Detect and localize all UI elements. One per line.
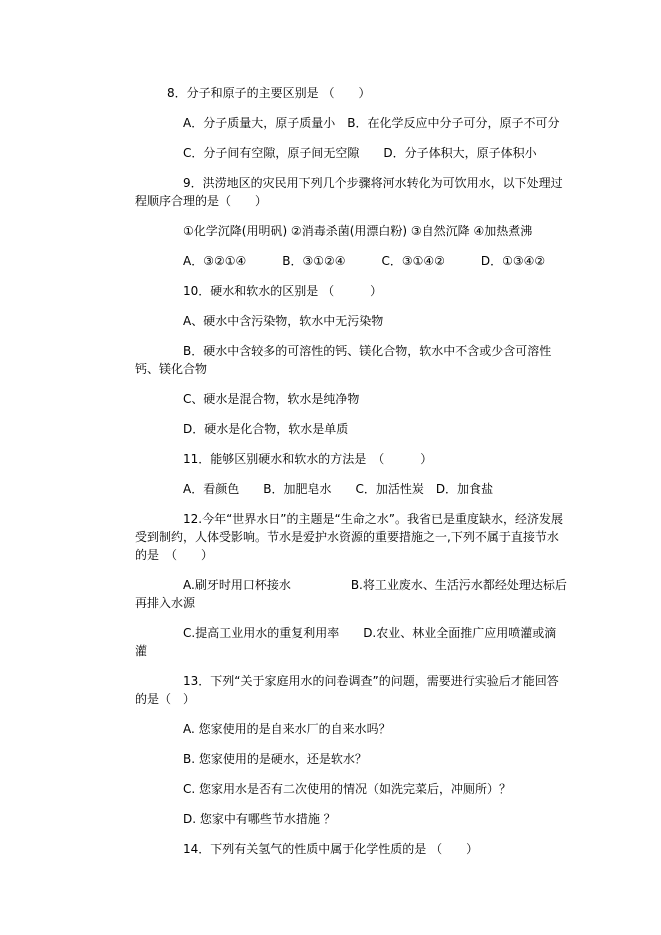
- question-11-options-row: A．看颜色 B．加肥皂水 C．加活性炭 D．加食盐: [135, 480, 567, 498]
- question-8: 8．分子和原子的主要区别是 （ ） A．分子质量大，原子质量小 B．在化学反应中…: [135, 84, 567, 162]
- exam-page: 8．分子和原子的主要区别是 （ ） A．分子质量大，原子质量小 B．在化学反应中…: [0, 0, 661, 935]
- question-9-steps-row: ①化学沉降(用明矾) ②消毒杀菌(用漂白粉) ③自然沉降 ④加热煮沸: [135, 222, 567, 240]
- question-13-option-c: C. 您家用水是否有二次使用的情况（如洗完菜后，冲厕所）？: [135, 780, 567, 798]
- question-13-option-b: B. 您家使用的是硬水，还是软水？: [135, 750, 567, 768]
- question-13: 13．下列“关于家庭用水的问卷调查”的问题，需要进行实验后才能回答的是（ ） A…: [135, 672, 567, 828]
- question-12-options-row-ab: A.刷牙时用口杯接水 B.将工业废水、生活污水都经处理达标后再排入水源: [135, 576, 567, 612]
- question-8-options-row-cd: C．分子间有空隙，原子间无空隙 D．分子体积大，原子体积小: [135, 144, 567, 162]
- question-12-options-row-cd: C.提高工业用水的重复利用率 D.农业、林业全面推广应用喷灌或滴灌: [135, 624, 567, 660]
- exam-content: 8．分子和原子的主要区别是 （ ） A．分子质量大，原子质量小 B．在化学反应中…: [135, 72, 567, 858]
- question-13-option-a: A. 您家使用的是自来水厂的自来水吗？: [135, 720, 567, 738]
- question-11-stem: 11．能够区别硬水和软水的方法是 （ ）: [135, 450, 567, 468]
- question-12: 12.今年“世界水日”的主题是“生命之水”。我省已是重度缺水，经济发展受到制约，…: [135, 510, 567, 660]
- question-14: 14．下列有关氢气的性质中属于化学性质的是 （ ）: [135, 840, 567, 858]
- question-10-option-b: B．硬水中含较多的可溶性的钙、镁化合物，软水中不含或少含可溶性钙、镁化合物: [135, 342, 567, 378]
- question-12-stem: 12.今年“世界水日”的主题是“生命之水”。我省已是重度缺水，经济发展受到制约，…: [135, 510, 567, 564]
- question-10-option-a: A、硬水中含污染物，软水中无污染物: [135, 312, 567, 330]
- question-14-stem: 14．下列有关氢气的性质中属于化学性质的是 （ ）: [135, 840, 567, 858]
- question-13-stem: 13．下列“关于家庭用水的问卷调查”的问题，需要进行实验后才能回答的是（ ）: [135, 672, 567, 708]
- question-10: 10．硬水和软水的区别是 （ ） A、硬水中含污染物，软水中无污染物 B．硬水中…: [135, 282, 567, 438]
- question-9-stem: 9．洪涝地区的灾民用下列几个步骤将河水转化为可饮用水，以下处理过程顺序合理的是（…: [135, 174, 567, 210]
- question-10-stem: 10．硬水和软水的区别是 （ ）: [135, 282, 567, 300]
- question-8-options-row-ab: A．分子质量大，原子质量小 B．在化学反应中分子可分，原子不可分: [135, 114, 567, 132]
- question-9: 9．洪涝地区的灾民用下列几个步骤将河水转化为可饮用水，以下处理过程顺序合理的是（…: [135, 174, 567, 270]
- question-9-options-row: A．③②①④ B．③①②④ C．③①④② D．①③④②: [135, 252, 567, 270]
- question-11: 11．能够区别硬水和软水的方法是 （ ） A．看颜色 B．加肥皂水 C．加活性炭…: [135, 450, 567, 498]
- question-8-stem: 8．分子和原子的主要区别是 （ ）: [135, 84, 567, 102]
- question-13-option-d: D. 您家中有哪些节水措施 ？: [135, 810, 567, 828]
- question-10-option-d: D．硬水是化合物，软水是单质: [135, 420, 567, 438]
- question-10-option-c: C、硬水是混合物，软水是纯净物: [135, 390, 567, 408]
